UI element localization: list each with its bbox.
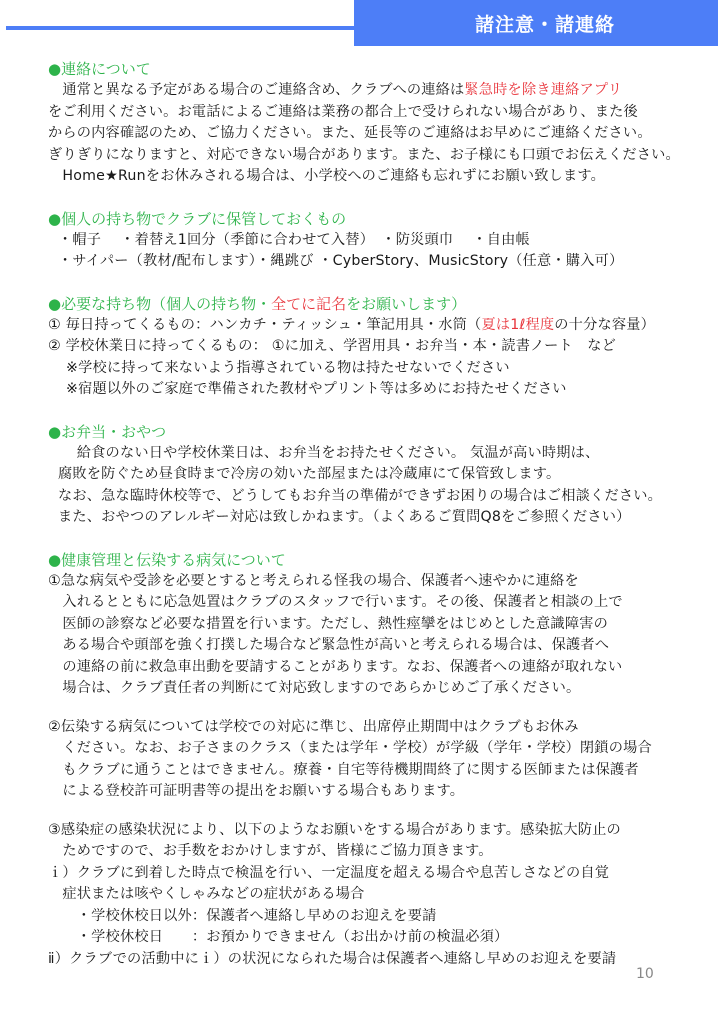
paragraph-line: ください。なお、お子さまのクラス（または学年・学校）が学級（学年・学校）閉鎖の場… xyxy=(48,738,708,760)
paragraph-line: 場合は、クラブ責任者の判断にて対応致しますのであらかじめご了承ください。 xyxy=(48,678,708,700)
paragraph-line: 医師の診察など必要な措置を行います。ただし、熱性痙攣をはじめとした意識障害の xyxy=(48,614,708,636)
paragraph-line: 入れるとともに応急処置はクラブのスタッフで行います。その後、保護者と相談の上で xyxy=(48,592,708,614)
item-line: ② 学校休業日に持ってくるもの： ①に加え、学習用具・お弁当・本・読書ノート な… xyxy=(48,336,708,358)
section-title: ●お弁当・おやつ xyxy=(48,421,708,443)
emphasis-text: 緊急時を除き連絡アプリ xyxy=(464,82,622,98)
paragraph-line: ｉ）クラブに到着した時点で検温を行い、一定温度を超える場合や息苦しさなどの自覚 xyxy=(48,863,708,885)
emphasis-text: 夏は1ℓ程度 xyxy=(481,317,554,333)
paragraph-line: の連絡の前に救急車出動を要請することがあります。なお、保護者への連絡が取れない xyxy=(48,657,708,679)
document-body: ●連絡について 通常と異なる予定がある場合のご連絡含め、クラブへの連絡は緊急時を… xyxy=(48,58,708,990)
paragraph-line: からの内容確認のため、ご協力ください。また、延長等のご連絡はお早めにご連絡くださ… xyxy=(48,123,708,145)
item-list-line: ・帽子 ・着替え1回分（季節に合わせて入替） ・防災頭巾 ・自由帳 xyxy=(48,230,708,252)
paragraph-line: ・学校休校日以外：保護者へ連絡し早めのお迎えを要請 xyxy=(48,906,708,928)
paragraph-line: ②伝染する病気については学校での対応に準じ、出席停止期間中はクラブもお休み xyxy=(48,717,708,739)
paragraph-line: による登校許可証明書等の提出をお願いする場合もあります。 xyxy=(48,781,708,803)
spacer xyxy=(48,700,708,717)
paragraph-line: また、おやつのアレルギー対応は致しかねます。（よくあるご質問Q8をご参照ください… xyxy=(48,507,708,529)
paragraph-line: 給食のない日や学校休業日は、お弁当をお持たせください。 気温が高い時期は、 xyxy=(48,443,708,465)
paragraph-line: 通常と異なる予定がある場合のご連絡含め、クラブへの連絡は緊急時を除き連絡アプリ xyxy=(48,80,708,102)
section-required-items: ●必要な持ち物（個人の持ち物・全てに記名をお願いします） ① 毎日持ってくるもの… xyxy=(48,293,708,401)
paragraph-line: をご利用ください。お電話によるご連絡は業務の都合上で受けられない場合があり、また… xyxy=(48,102,708,124)
section-title: ●必要な持ち物（個人の持ち物・全てに記名をお願いします） xyxy=(48,293,708,315)
spacer xyxy=(48,803,708,820)
item-list-line: ・サイパー（教材/配布します）・縄跳び ・CyberStory、MusicSto… xyxy=(48,251,708,273)
paragraph-line: 症状または咳やくしゃみなどの症状がある場合 xyxy=(48,884,708,906)
paragraph-line: ・学校休校日 ：お預かりできません（お出かけ前の検温必須） xyxy=(48,927,708,949)
paragraph-line: もクラブに通うことはできません。療養・自宅等待機期間終了に関する医師または保護者 xyxy=(48,760,708,782)
paragraph-line: ためですので、お手数をおかけしますが、皆様にご協力頂きます。 xyxy=(48,841,708,863)
section-stored-items: ●個人の持ち物でクラブに保管しておくもの ・帽子 ・着替え1回分（季節に合わせて… xyxy=(48,208,708,273)
paragraph-line: ③感染症の感染状況により、以下のようなお願いをする場合があります。感染拡大防止の xyxy=(48,820,708,842)
section-title: ●健康管理と伝染する病気について xyxy=(48,549,708,571)
item-line: ① 毎日持ってくるもの：ハンカチ・ティッシュ・筆記用具・水筒（夏は1ℓ程度の十分… xyxy=(48,315,708,337)
section-contact: ●連絡について 通常と異なる予定がある場合のご連絡含め、クラブへの連絡は緊急時を… xyxy=(48,58,708,188)
page-number: 10 xyxy=(636,966,654,982)
paragraph-line: Home★Runをお休みされる場合は、小学校へのご連絡も忘れずにお願い致します。 xyxy=(48,166,708,188)
section-health: ●健康管理と伝染する病気について ①急な病気や受診を必要とすると考えられる怪我の… xyxy=(48,549,708,971)
page-title: 諸注意・諸連絡 xyxy=(354,0,718,46)
paragraph-line: ①急な病気や受診を必要とすると考えられる怪我の場合、保護者へ速やかに連絡を xyxy=(48,571,708,593)
emphasis-text: 全てに記名 xyxy=(271,295,346,313)
section-title: ●連絡について xyxy=(48,58,708,80)
paragraph-line: ⅱ）クラブでの活動中にｉ）の状況になられた場合は保護者へ連絡し早めのお迎えを要請 xyxy=(48,949,708,971)
section-lunch: ●お弁当・おやつ 給食のない日や学校休業日は、お弁当をお持たせください。 気温が… xyxy=(48,421,708,529)
paragraph-line: 腐敗を防ぐため昼食時まで冷房の効いた部屋または冷蔵庫にて保管致します。 xyxy=(48,464,708,486)
note-line: ※学校に持って来ないよう指導されている物は持たせないでください xyxy=(48,358,708,380)
section-title: ●個人の持ち物でクラブに保管しておくもの xyxy=(48,208,708,230)
paragraph-line: ぎりぎりになりますと、対応できない場合があります。また、お子様にも口頭でお伝えく… xyxy=(48,145,708,167)
paragraph-line: なお、急な臨時休校等で、どうしてもお弁当の準備ができずお困りの場合はご相談くださ… xyxy=(48,486,708,508)
note-line: ※宿題以外のご家庭で準備された教材やプリント等は多めにお持たせください xyxy=(48,379,708,401)
paragraph-line: ある場合や頭部を強く打撲した場合など緊急性が高いと考えられる場合は、保護者へ xyxy=(48,635,708,657)
header-rule xyxy=(6,26,360,30)
